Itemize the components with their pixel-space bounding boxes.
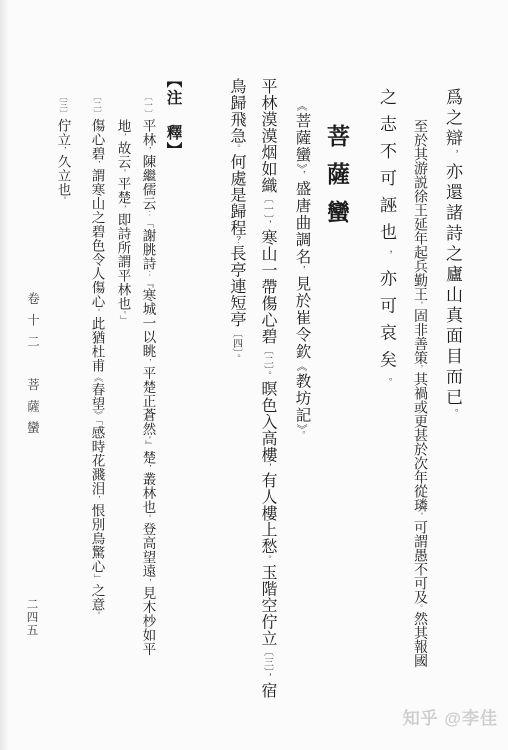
poem-title: 菩薩蠻 (325, 124, 348, 238)
spine-caption: 卷十二 菩薩蠻 (26, 292, 39, 443)
watermark: 知乎 @李佳 (403, 704, 498, 729)
note-column: 〔一〕平林，陳繼儒云：「謝朓詩：『寒城一以眺，平楚正蒼然。』楚，叢林也。登高望遠… (141, 92, 155, 656)
commentary-column: 之志不可誣也，亦可哀矣。 (378, 88, 395, 397)
poem-column: 平林漠漠烟如織〔一〕，寒山一帶傷心碧〔二〕。暝色入高樓，有人樓上愁。玉階空佇立〔… (259, 78, 275, 699)
poem-column: 鳥歸飛急。何處是歸程？長亭連短亭〔四〕。 (228, 78, 244, 363)
book-page: 爲之辯，亦還諸詩之廬山真面目而已。 至於其游説徐王延年起兵勤王，固非善策，其禍或… (0, 0, 508, 750)
notes-header: 【注 釋】 (165, 72, 181, 160)
tune-intro-column: 《菩薩蠻》，盛唐曲調名，見於崔令欽《教坊記》。 (294, 100, 310, 441)
left-edge-shadow (0, 0, 9, 750)
note-column: 地，故云。平楚，即詩所謂平林也。」 (116, 119, 130, 325)
note-column: 〔二〕傷心碧，謂寒山之碧色令人傷心。此猶杜甫《春望》「感時花濺泪，恨別鳥驚心」之… (90, 92, 104, 619)
page-number: 二四五 (25, 598, 37, 637)
commentary-column: 至於其游説徐王延年起兵勤王，固非善策，其禍或更甚於次年從璘，可謂愚不可及。然其報… (412, 119, 426, 668)
commentary-column: 爲之辯，亦還諸詩之廬山真面目而已。 (444, 88, 461, 421)
note-column: 〔三〕佇立，久立也。 (56, 92, 70, 204)
